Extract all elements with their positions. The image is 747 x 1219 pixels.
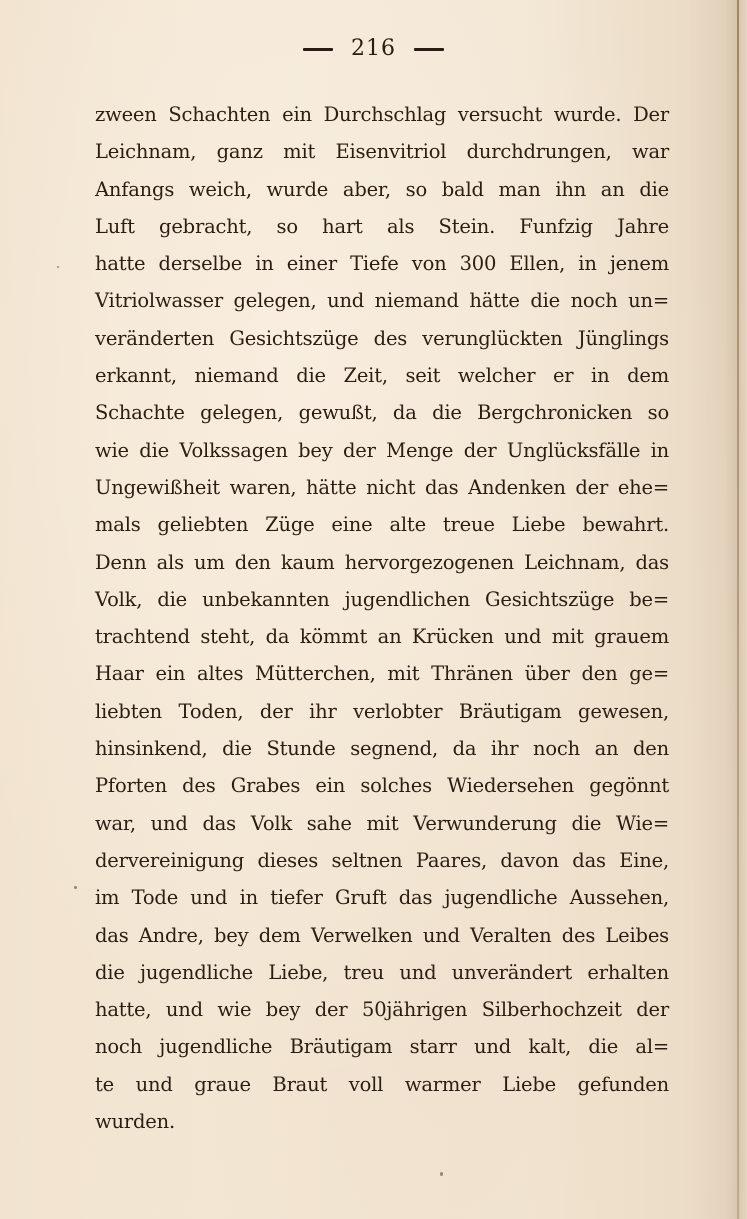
text-line: zween Schachten ein Durchschlag versucht…: [95, 96, 669, 133]
text-line: Volk, die unbekannten jugendlichen Gesic…: [95, 581, 669, 618]
text-line: erkannt, niemand die Zeit, seit welcher …: [95, 357, 669, 394]
text-line: Pforten des Grabes ein solches Wiederseh…: [95, 767, 669, 804]
text-line: die jugendliche Liebe, treu und unveränd…: [95, 954, 669, 991]
text-line: Denn als um den kaum hervorgezogenen Lei…: [95, 544, 669, 581]
text-line: wie die Volkssagen bey der Menge der Ung…: [95, 432, 669, 469]
text-line: Leichnam, ganz mit Eisenvitriol durchdru…: [95, 133, 669, 170]
text-line: Schachte gelegen, gewußt, da die Bergchr…: [95, 394, 669, 431]
text-line: hatte derselbe in einer Tiefe von 300 El…: [95, 245, 669, 282]
text-line: Ungewißheit waren, hätte nicht das Anden…: [95, 469, 669, 506]
text-line: liebten Toden, der ihr verlobter Bräutig…: [95, 693, 669, 730]
text-line: war, und das Volk sahe mit Verwunderung …: [95, 805, 669, 842]
book-page: 216 zween Schachten ein Durchschlag vers…: [0, 0, 747, 1219]
text-line: mals geliebten Züge eine alte treue Lieb…: [95, 506, 669, 543]
page-number: 216: [351, 36, 396, 61]
text-line: Haar ein altes Mütterchen, mit Thränen ü…: [95, 655, 669, 692]
page-header: 216: [0, 36, 747, 61]
header-dash-right: [414, 48, 444, 51]
text-line: Vitriolwasser gelegen, und niemand hätte…: [95, 282, 669, 319]
text-line-final: wurden.: [95, 1103, 669, 1140]
text-line: hatte, und wie bey der 50jährigen Silber…: [95, 991, 669, 1028]
text-line: hinsinkend, die Stunde segnend, da ihr n…: [95, 730, 669, 767]
body-paragraph: zween Schachten ein Durchschlag versucht…: [95, 96, 669, 1140]
text-line: dervereinigung dieses seltnen Paares, da…: [95, 842, 669, 879]
text-line: noch jugendliche Bräutigam starr und kal…: [95, 1028, 669, 1065]
paper-speck: [440, 1172, 443, 1176]
text-line: Luft gebracht, so hart als Stein. Funfzi…: [95, 208, 669, 245]
text-line: im Tode und in tiefer Gruft das jugendli…: [95, 879, 669, 916]
paper-speck: [57, 266, 59, 268]
text-line: veränderten Gesichtszüge des verunglückt…: [95, 320, 669, 357]
page-edge-line: [737, 0, 739, 1219]
text-line: das Andre, bey dem Verwelken und Veralte…: [95, 917, 669, 954]
text-line: Anfangs weich, wurde aber, so bald man i…: [95, 171, 669, 208]
text-line: te und graue Braut voll warmer Liebe gef…: [95, 1066, 669, 1103]
header-dash-left: [303, 48, 333, 51]
page-edge-shadow: [739, 0, 747, 1219]
paper-speck: [74, 886, 77, 889]
text-line: trachtend steht, da kömmt an Krücken und…: [95, 618, 669, 655]
